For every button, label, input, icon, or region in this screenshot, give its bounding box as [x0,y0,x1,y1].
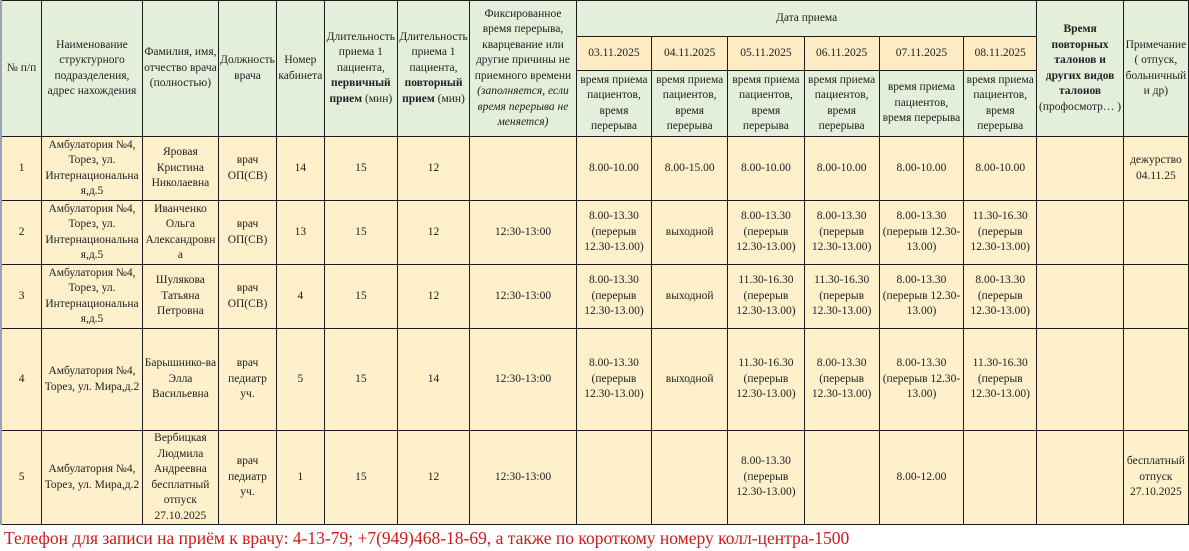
header-date-2: 04.11.2025 [652,37,728,71]
primary-duration-cell: 15 [324,265,397,329]
duration-repeat-suffix: (мин) [435,93,465,105]
day-schedule-cell-04.11.2025: выходной [652,201,728,265]
fixed-break-cell: 12:30-13:00 [470,265,577,329]
department-cell: Амбулатория №4, Торез, ул. Интернационал… [42,137,143,201]
table-row: 5Амбулатория №4, Торез, ул. Мира,д.2Верб… [1,431,1189,525]
header-date-group: Дата приема [576,1,1037,37]
cabinet-cell: 1 [276,431,324,525]
header-repeat-talons: Время повторных талонов и других видов т… [1037,1,1123,137]
note-cell: дежурство 04.11.25 [1123,137,1188,201]
header-date-1: 03.11.2025 [576,37,651,71]
day-schedule-cell-05.11.2025: 11.30-16.30 (перерыв 12.30-13.00) [728,329,804,431]
repeat-duration-cell: 12 [397,201,469,265]
row-number: 3 [1,265,42,329]
position-cell: врач педиатр уч. [219,431,277,525]
position-cell: врач ОП(СВ) [219,137,277,201]
department-cell: Амбулатория №4, Торез, ул. Интернационал… [42,265,143,329]
day-schedule-cell-08.11.2025: 11.30-16.30 (перерыв 12.30-13.00) [964,329,1037,431]
header-date-4: 06.11.2025 [804,37,879,71]
day-schedule-cell-03.11.2025: 8.00-13.30 (перерыв 12.30-13.00) [576,201,651,265]
day-schedule-cell-06.11.2025: 11.30-16.30 (перерыв 12.30-13.00) [804,265,879,329]
primary-duration-cell: 15 [324,329,397,431]
doctor-name-cell: Барышнико-ва Элла Васильевна [142,329,218,431]
day-schedule-cell-04.11.2025: выходной [652,265,728,329]
duration-repeat-text: Длительность приема 1 пациента, [399,31,467,74]
header-department: Наименование структурного подразделения,… [42,1,143,137]
header-position: Должность врача [219,1,277,137]
day-schedule-cell-08.11.2025: 8.00-10.00 [964,137,1037,201]
department-cell: Амбулатория №4, Торез, ул. Мира,д.2 [42,329,143,431]
header-num: № п/п [1,1,42,137]
day-schedule-cell-04.11.2025: 8.00-15.00 [652,137,728,201]
note-cell [1123,329,1188,431]
primary-duration-cell: 15 [324,201,397,265]
day-schedule-cell-07.11.2025: 8.00-10.00 [879,137,963,201]
header-date-sub-5: время приема пациентов, время перерыва [879,71,963,137]
note-cell: бесплатный отпуск 27.10.2025 [1123,431,1188,525]
day-schedule-cell-03.11.2025 [576,431,651,525]
fixed-break-text: Фиксированное время перерыва, кварцевани… [475,8,571,82]
footer-phone-info: Телефон для записи на приём к врачу: 4-1… [0,526,1189,551]
repeat-talons-cell [1037,201,1123,265]
header-date-6: 08.11.2025 [964,37,1037,71]
row-number: 5 [1,431,42,525]
header-doctor-name: Фамилия, имя, отчество врача (полностью) [142,1,218,137]
position-cell: врач ОП(СВ) [219,201,277,265]
repeat-talons-cell [1037,265,1123,329]
duration-primary-suffix: (мин) [362,93,392,105]
row-number: 4 [1,329,42,431]
fixed-break-cell [470,137,577,201]
header-duration-repeat: Длительность приема 1 пациента, повторны… [397,1,469,137]
header-date-sub-4: время приема пациентов, время перерыва [804,71,879,137]
day-schedule-cell-04.11.2025: выходной [652,329,728,431]
day-schedule-cell-03.11.2025: 8.00-10.00 [576,137,651,201]
day-schedule-cell-07.11.2025: 8.00-13.30 (перерыв 12.30-13.00) [879,201,963,265]
schedule-table: № п/п Наименование структурного подразде… [0,0,1189,525]
department-cell: Амбулатория №4, Торез, ул. Интернационал… [42,201,143,265]
doctor-name-cell: Яровая Кристина Николаевна [142,137,218,201]
day-schedule-cell-06.11.2025 [804,431,879,525]
day-schedule-cell-08.11.2025: 11.30-16.30 (перерыв 12.30-13.00) [964,201,1037,265]
table-row: 3Амбулатория №4, Торез, ул. Интернациона… [1,265,1189,329]
day-schedule-cell-05.11.2025: 11.30-16.30 (перерыв 12.30-13.00) [728,265,804,329]
day-schedule-cell-05.11.2025: 8.00-13.30 (перерыв 12.30-13.00) [728,431,804,525]
row-number: 1 [1,137,42,201]
repeat-talons-rest: (профосмотр… ) [1039,101,1121,113]
note-cell [1123,265,1188,329]
table-row: 1Амбулатория №4, Торез, ул. Интернациона… [1,137,1189,201]
repeat-duration-cell: 14 [397,329,469,431]
position-cell: врач педиатр уч. [219,329,277,431]
header-duration-primary: Длительность приема 1 пациента, первичны… [324,1,397,137]
cabinet-cell: 13 [276,201,324,265]
day-schedule-cell-07.11.2025: 8.00-13.30 (перерыв 12.30-13.00) [879,329,963,431]
header-date-sub-3: время приема пациентов, время перерыва [728,71,804,137]
day-schedule-cell-05.11.2025: 8.00-10.00 [728,137,804,201]
doctor-name-cell: Вербицкая Людмила Андреевна бесплатный о… [142,431,218,525]
duration-primary-text: Длительность приема 1 пациента, [327,31,395,74]
department-cell: Амбулатория №4, Торез, ул. Мира,д.2 [42,431,143,525]
day-schedule-cell-03.11.2025: 8.00-13.30 (перерыв 12.30-13.00) [576,265,651,329]
day-schedule-cell-06.11.2025: 8.00-13.30 (перерыв 12.30-13.00) [804,201,879,265]
table-row: 4Амбулатория №4, Торез, ул. Мира,д.2Бары… [1,329,1189,431]
primary-duration-cell: 15 [324,137,397,201]
cabinet-cell: 14 [276,137,324,201]
header-date-sub-2: время приема пациентов, время перерыва [652,71,728,137]
day-schedule-cell-07.11.2025: 8.00-12.00 [879,431,963,525]
day-schedule-cell-03.11.2025: 8.00-13.30 (перерыв 12.30-13.00) [576,329,651,431]
repeat-duration-cell: 12 [397,137,469,201]
position-cell: врач ОП(СВ) [219,265,277,329]
header-cabinet: Номер кабинета [276,1,324,137]
repeat-duration-cell: 12 [397,265,469,329]
header-date-sub-6: время приема пациентов, время перерыва [964,71,1037,137]
fixed-break-cell: 12:30-13:00 [470,201,577,265]
repeat-talons-cell [1037,329,1123,431]
doctor-name-cell: Шулякова Татьяна Петровна [142,265,218,329]
note-cell [1123,201,1188,265]
cabinet-cell: 4 [276,265,324,329]
table-row: 2Амбулатория №4, Торез, ул. Интернациона… [1,201,1189,265]
row-number: 2 [1,201,42,265]
fixed-break-cell: 12:30-13:00 [470,329,577,431]
header-notes: Примечание ( отпуск, больничный и др) [1123,1,1188,137]
fixed-break-italic: (заполняется, если время перерыва не мен… [477,85,569,128]
header-fixed-break: Фиксированное время перерыва, кварцевани… [470,1,577,137]
repeat-talons-cell [1037,431,1123,525]
day-schedule-cell-06.11.2025: 8.00-10.00 [804,137,879,201]
fixed-break-cell: 12:30-13:00 [470,431,577,525]
header-date-3: 05.11.2025 [728,37,804,71]
repeat-duration-cell: 12 [397,431,469,525]
cabinet-cell: 5 [276,329,324,431]
day-schedule-cell-08.11.2025: 8.00-13.30 (перерыв 12.30-13.00) [964,265,1037,329]
doctor-name-cell: Иванченко Ольга Александровна [142,201,218,265]
repeat-talons-bold: Время повторных талонов и других видов т… [1046,23,1115,97]
header-date-5: 07.11.2025 [879,37,963,71]
repeat-talons-cell [1037,137,1123,201]
header-date-sub-1: время приема пациентов, время перерыва [576,71,651,137]
day-schedule-cell-06.11.2025: 8.00-13.30 (перерыв 12.30-13.00) [804,329,879,431]
day-schedule-cell-05.11.2025: 8.00-13.30 (перерыв 12.30-13.00) [728,201,804,265]
day-schedule-cell-04.11.2025 [652,431,728,525]
day-schedule-cell-07.11.2025: 8.00-13.30 (перерыв 12.30-13.00) [879,265,963,329]
day-schedule-cell-08.11.2025 [964,431,1037,525]
primary-duration-cell: 15 [324,431,397,525]
